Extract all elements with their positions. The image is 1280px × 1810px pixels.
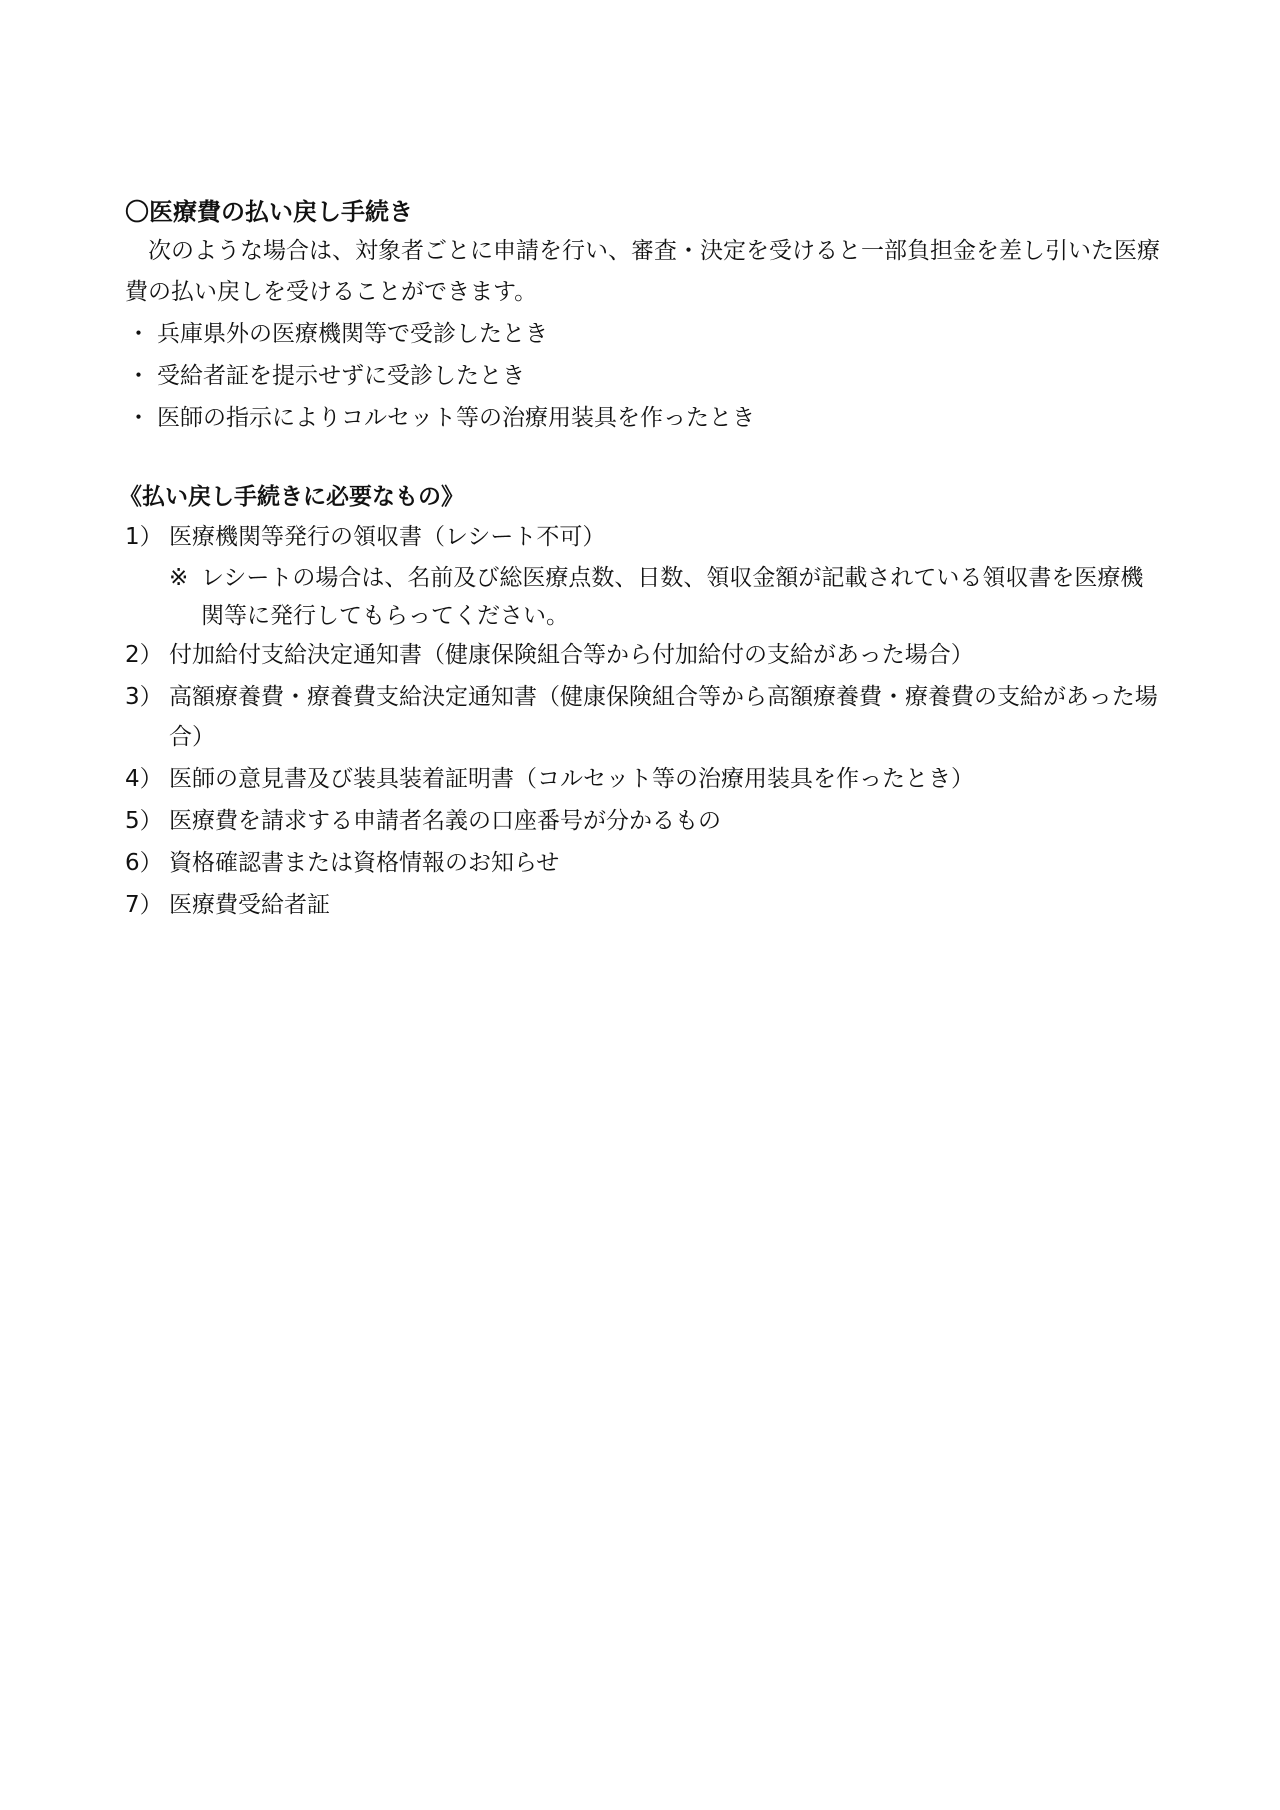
item-text: 高額療養費・療養費支給決定通知書（健康保険組合等から高額療養費・療養費の支給があ… — [169, 677, 1165, 757]
list-item: 2） 付加給付支給決定通知書（健康保険組合等から付加給付の支給があった場合） — [125, 635, 1165, 675]
note-text: レシートの場合は、名前及び総医療点数、日数、領収金額が記載されている領収書を医療… — [201, 559, 1165, 635]
item-text: 医療費受給者証 — [169, 885, 1165, 925]
item-text: 医療費を請求する申請者名義の口座番号が分かるもの — [169, 801, 1165, 841]
item-text: 資格確認書または資格情報のお知らせ — [169, 843, 1165, 883]
item-number: 1） — [125, 517, 169, 557]
condition-list: ・ 兵庫県外の医療機関等で受診したとき ・ 受給者証を提示せずに受診したとき ・… — [125, 313, 1165, 439]
list-item: 6） 資格確認書または資格情報のお知らせ — [125, 843, 1165, 883]
intro-paragraph: 次のような場合は、対象者ごとに申請を行い、審査・決定を受けると一部負担金を差し引… — [125, 231, 1165, 313]
list-item: 7） 医療費受給者証 — [125, 885, 1165, 925]
note-mark: ※ — [169, 559, 201, 635]
item-text: 付加給付支給決定通知書（健康保険組合等から付加給付の支給があった場合） — [169, 635, 1165, 675]
bullet-text: 兵庫県外の医療機関等で受診したとき — [157, 313, 548, 355]
section-heading: 〇医療費の払い戻し手続き — [125, 193, 1165, 231]
bullet-mark: ・ — [125, 397, 157, 439]
item-number: 4） — [125, 759, 169, 799]
item-number: 3） — [125, 677, 169, 757]
list-item: ・ 医師の指示によりコルセット等の治療用装具を作ったとき — [125, 397, 1165, 439]
list-item: 1） 医療機関等発行の領収書（レシート不可） ※ レシートの場合は、名前及び総医… — [125, 517, 1165, 635]
item-number: 7） — [125, 885, 169, 925]
required-items-list: 1） 医療機関等発行の領収書（レシート不可） ※ レシートの場合は、名前及び総医… — [125, 517, 1165, 925]
list-item: ・ 受給者証を提示せずに受診したとき — [125, 355, 1165, 397]
item-number: 2） — [125, 635, 169, 675]
item-number: 6） — [125, 843, 169, 883]
list-item: ・ 兵庫県外の医療機関等で受診したとき — [125, 313, 1165, 355]
bullet-mark: ・ — [125, 355, 157, 397]
list-item: 4） 医師の意見書及び装具装着証明書（コルセット等の治療用装具を作ったとき） — [125, 759, 1165, 799]
bullet-text: 医師の指示によりコルセット等の治療用装具を作ったとき — [157, 397, 755, 439]
item-note: ※ レシートの場合は、名前及び総医療点数、日数、領収金額が記載されている領収書を… — [169, 559, 1165, 635]
item-text: 医師の意見書及び装具装着証明書（コルセット等の治療用装具を作ったとき） — [169, 759, 1165, 799]
bullet-text: 受給者証を提示せずに受診したとき — [157, 355, 525, 397]
list-item: 5） 医療費を請求する申請者名義の口座番号が分かるもの — [125, 801, 1165, 841]
item-text: 医療機関等発行の領収書（レシート不可） — [169, 517, 1165, 557]
bullet-mark: ・ — [125, 313, 157, 355]
list-item: 3） 高額療養費・療養費支給決定通知書（健康保険組合等から高額療養費・療養費の支… — [125, 677, 1165, 757]
document-page: 〇医療費の払い戻し手続き 次のような場合は、対象者ごとに申請を行い、審査・決定を… — [125, 193, 1165, 927]
required-items-heading: 《払い戻し手続きに必要なもの》 — [119, 477, 1165, 517]
item-number: 5） — [125, 801, 169, 841]
